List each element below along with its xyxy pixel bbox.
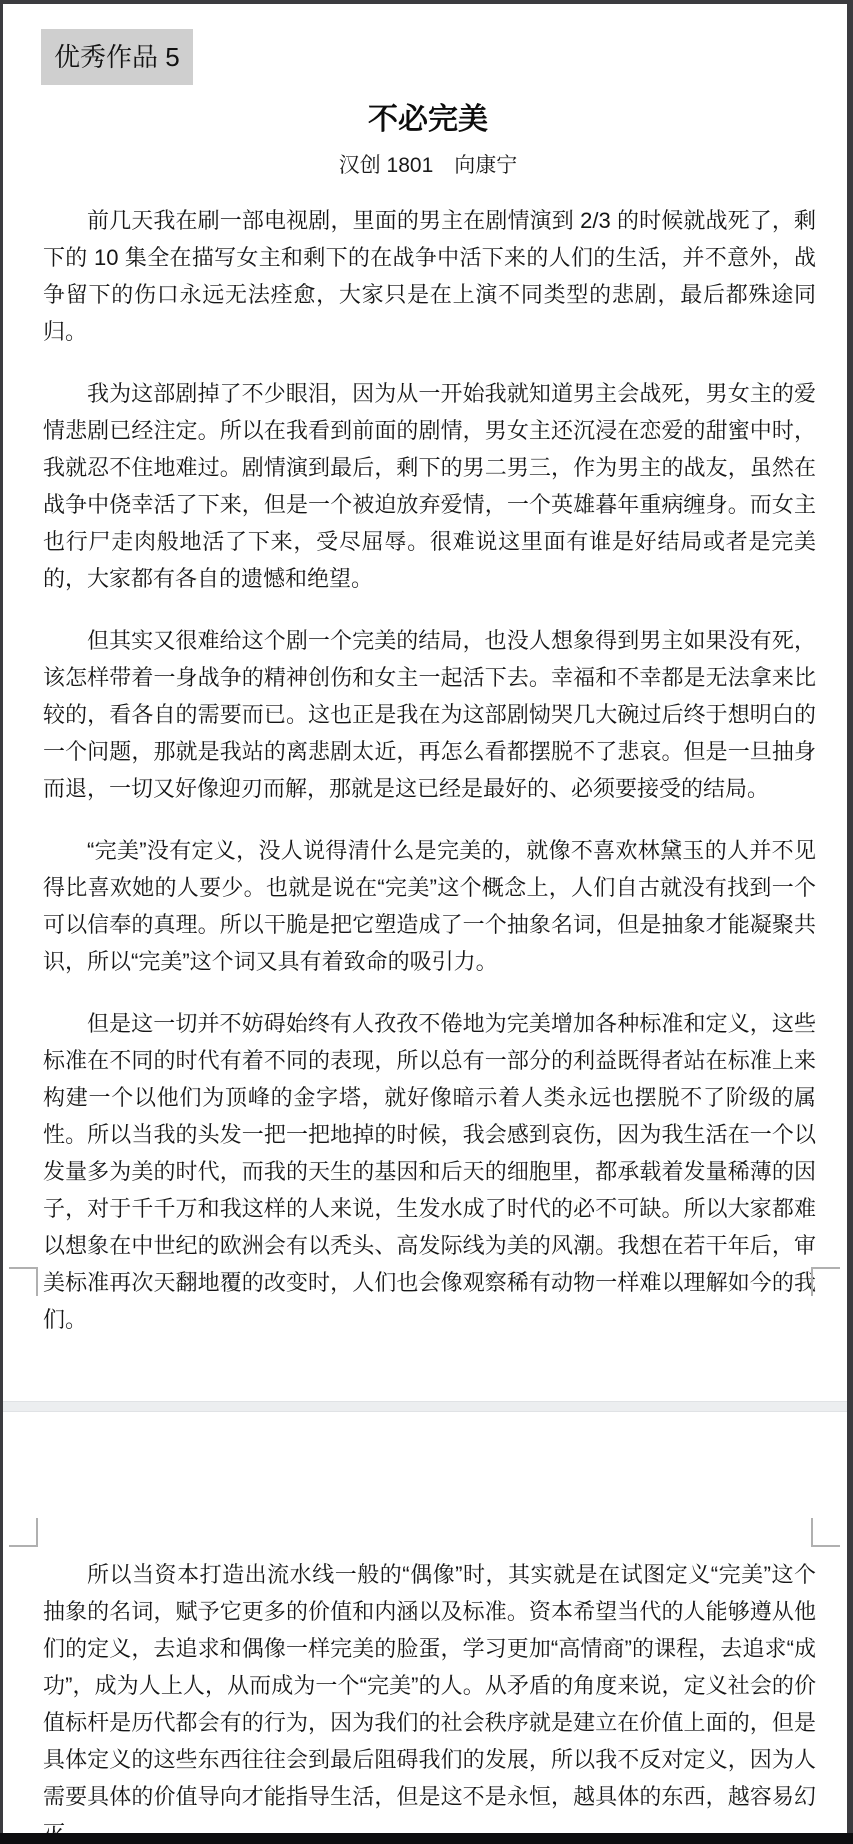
document-page-canvas[interactable]: 优秀作品 5 不必完美 汉创 1801 向康宁 前几天我在刷一部电视剧，里面的男… <box>3 4 847 1833</box>
crop-mark-page1-bottom-right-icon <box>811 1267 840 1296</box>
crop-mark-page2-top-left-icon <box>9 1518 38 1547</box>
body-paragraph: 我为这部剧掉了不少眼泪，因为从一开始我就知道男主会战死，男女主的爱情悲剧已经注定… <box>43 375 816 597</box>
crop-mark-page1-bottom-left-icon <box>9 1267 38 1296</box>
body-paragraph: 所以当资本打造出流水线一般的“偶像”时，其实就是在试图定义“完美”这个抽象的名词… <box>43 1556 816 1844</box>
body-paragraph: 但其实又很难给这个剧一个完美的结局，也没人想象得到男主如果没有死，该怎样带着一身… <box>43 622 816 807</box>
essay-byline: 汉创 1801 向康宁 <box>6 149 850 179</box>
document-viewport: 优秀作品 5 不必完美 汉创 1801 向康宁 前几天我在刷一部电视剧，里面的男… <box>0 0 853 1844</box>
page-2-body: 所以当资本打造出流水线一般的“偶像”时，其实就是在试图定义“完美”这个抽象的名词… <box>43 1556 816 1844</box>
page-1-body: 前几天我在刷一部电视剧，里面的男主在剧情演到 2/3 的时候就战死了，剩下的 1… <box>43 202 816 1338</box>
page-separator <box>3 1401 847 1412</box>
body-paragraph: “完美”没有定义，没人说得清什么是完美的，就像不喜欢林黛玉的人并不见得比喜欢她的… <box>43 832 816 980</box>
crop-mark-page2-top-right-icon <box>811 1518 840 1547</box>
body-paragraph: 前几天我在刷一部电视剧，里面的男主在剧情演到 2/3 的时候就战死了，剩下的 1… <box>43 202 816 350</box>
body-paragraph: 但是这一切并不妨碍始终有人孜孜不倦地为完美增加各种标准和定义，这些标准在不同的时… <box>43 1005 816 1338</box>
window-bottom-edge <box>0 1833 853 1844</box>
essay-title: 不必完美 <box>6 94 850 138</box>
excellent-work-badge: 优秀作品 5 <box>41 29 193 85</box>
